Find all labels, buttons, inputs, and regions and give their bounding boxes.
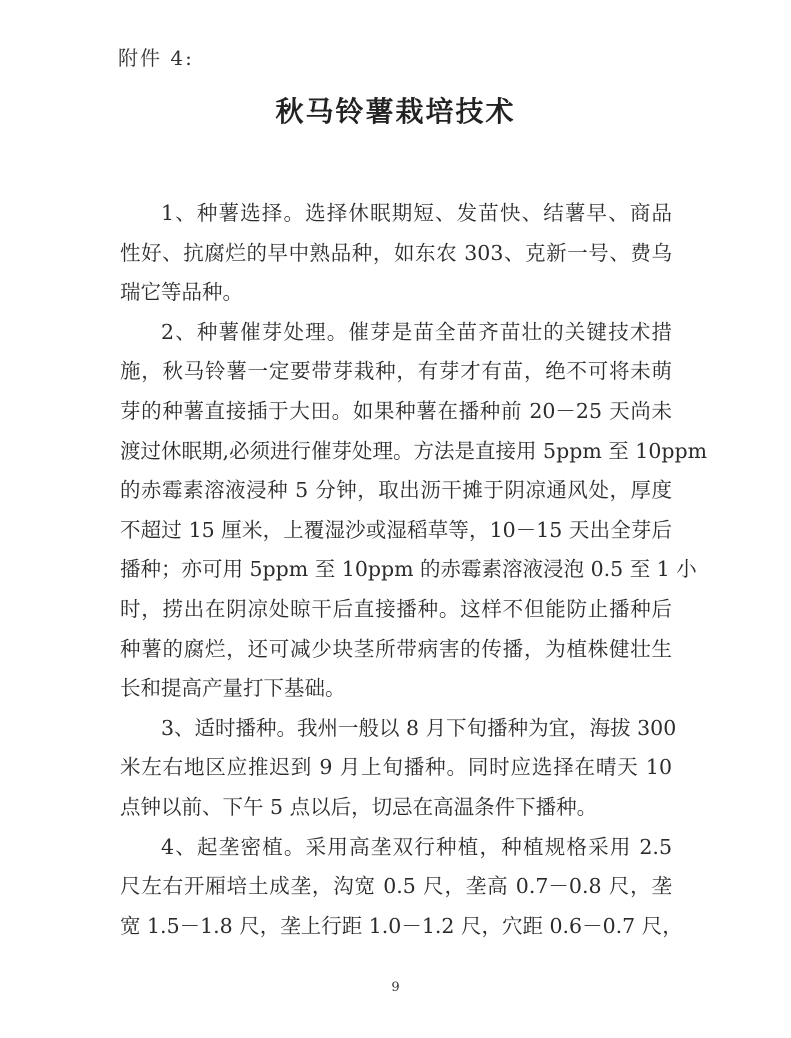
document-body: 1、种薯选择。选择休眠期短、发苗快、结薯早、商品性好、抗腐烂的早中熟品种，如东农… — [120, 198, 672, 950]
text-line: 尺左右开厢培土成垄，沟宽 0.5 尺，垄高 0.7－0.8 尺，垄 — [120, 871, 672, 911]
text-line: 施，秋马铃薯一定要带芽栽种，有芽才有苗，绝不可将未萌 — [120, 356, 672, 396]
text-line: 性好、抗腐烂的早中熟品种，如东农 303、克新一号、费乌 — [120, 238, 672, 278]
text-line: 种薯的腐烂，还可减少块茎所带病害的传播，为植株健壮生 — [120, 634, 672, 674]
text-line: 时，捞出在阴凉处晾干后直接播种。这样不但能防止播种后 — [120, 594, 672, 634]
text-line: 2、种薯催芽处理。催芽是苗全苗齐苗壮的关键技术措 — [120, 317, 672, 357]
text-line: 芽的种薯直接插于大田。如果种薯在播种前 20－25 天尚未 — [120, 396, 672, 436]
text-line: 宽 1.5－1.8 尺，垄上行距 1.0－1.2 尺，穴距 0.6－0.7 尺， — [120, 911, 672, 951]
text-line: 3、适时播种。我州一般以 8 月下旬播种为宜，海拔 300 — [120, 713, 672, 753]
text-line: 瑞它等品种。 — [120, 277, 672, 317]
text-line: 点钟以前、下午 5 点以后，切忌在高温条件下播种。 — [120, 792, 672, 832]
document-title: 秋马铃薯栽培技术 — [0, 90, 791, 130]
text-line: 1、种薯选择。选择休眠期短、发苗快、结薯早、商品 — [120, 198, 672, 238]
text-line: 长和提高产量打下基础。 — [120, 673, 672, 713]
text-line: 渡过休眠期,必须进行催芽处理。方法是直接用 5ppm 至 10ppm — [120, 436, 672, 476]
attachment-label: 附件 4: — [118, 42, 194, 71]
text-line: 播种；亦可用 5ppm 至 10ppm 的赤霉素溶液浸泡 0.5 至 1 小 — [120, 554, 672, 594]
text-line: 米左右地区应推迟到 9 月上旬播种。同时应选择在晴天 10 — [120, 752, 672, 792]
text-line: 的赤霉素溶液浸种 5 分钟，取出沥干摊于阴凉通风处，厚度 — [120, 475, 672, 515]
text-line: 4、起垄密植。采用高垄双行种植，种植规格采用 2.5 — [120, 832, 672, 872]
document-page: 附件 4: 秋马铃薯栽培技术 1、种薯选择。选择休眠期短、发苗快、结薯早、商品性… — [0, 0, 791, 1038]
page-number: 9 — [0, 980, 791, 995]
text-line: 不超过 15 厘米，上覆湿沙或湿稻草等，10－15 天出全芽后 — [120, 515, 672, 555]
